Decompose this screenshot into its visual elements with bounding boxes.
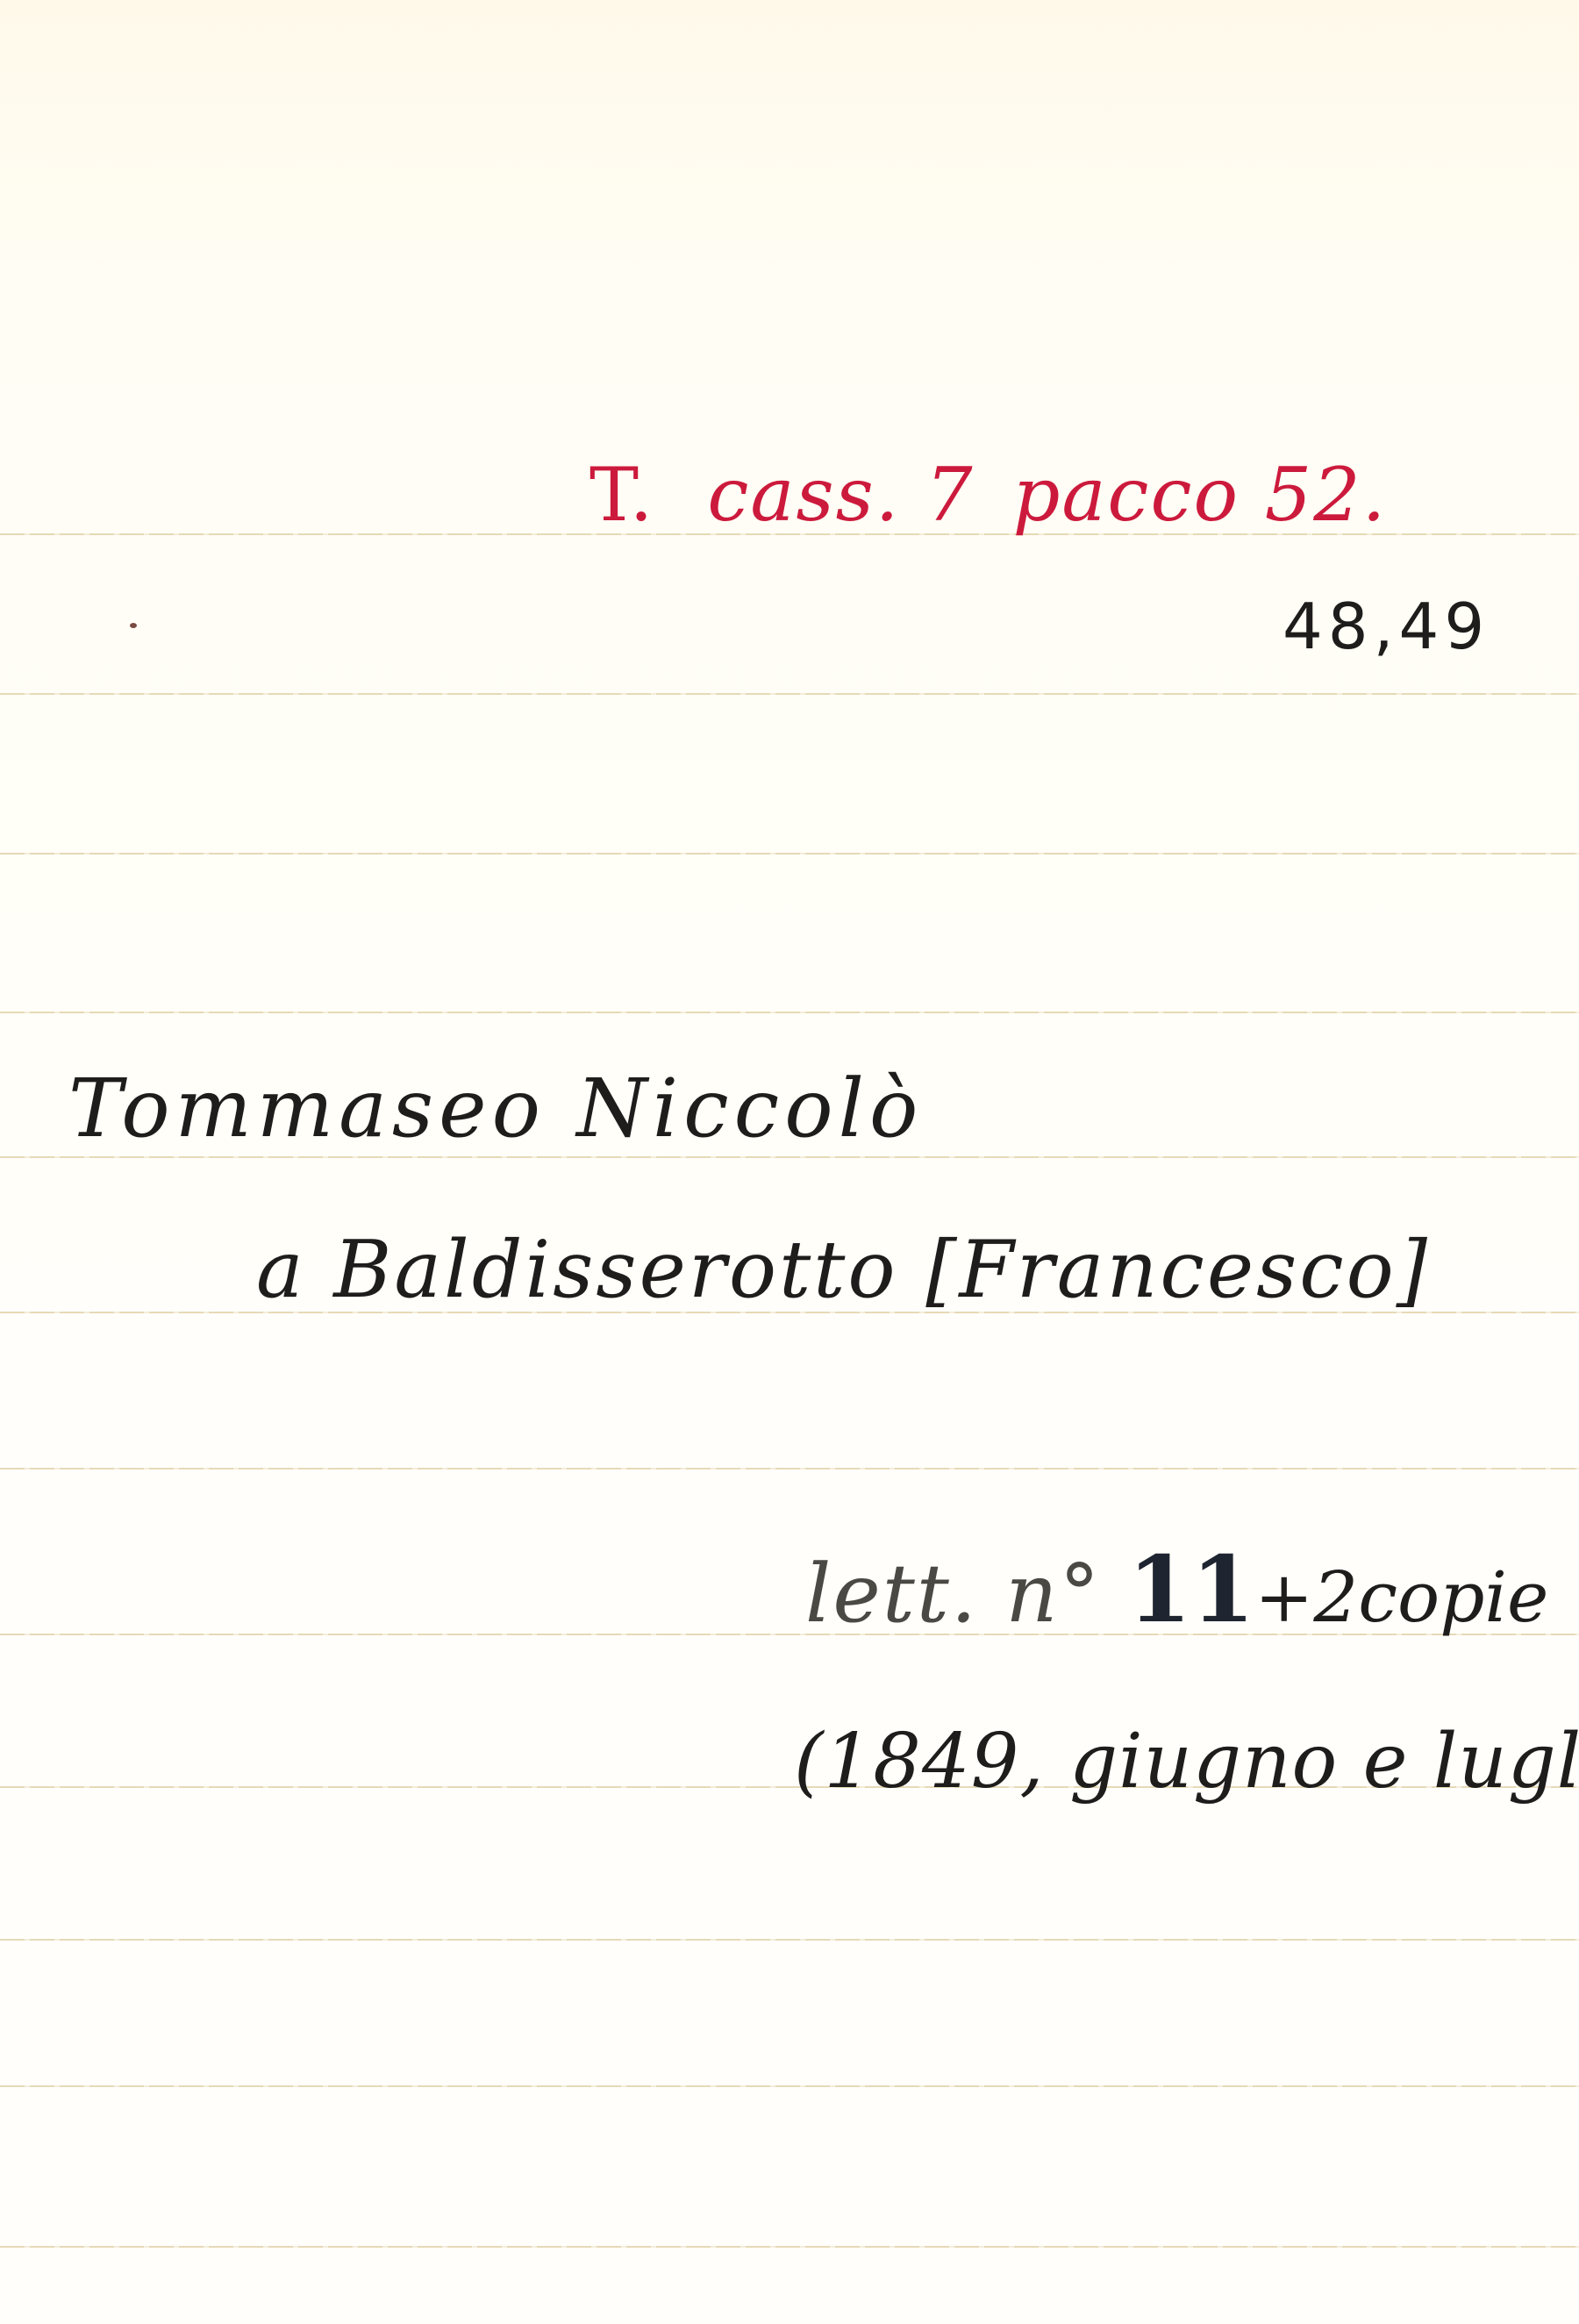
shelfmark-pacco: pacco 52.	[1013, 452, 1388, 538]
letter-count-number: 11	[1128, 1535, 1255, 1643]
ruled-line	[0, 1012, 1579, 1013]
letter-count-extra: +2copie	[1254, 1556, 1548, 1638]
shelfmark-prefix: T.	[589, 452, 654, 538]
shelfmark-location: T.cass. 7pacco 52.	[589, 452, 1387, 538]
ruled-line	[0, 1468, 1579, 1469]
folder-numbers: 48,49	[1282, 590, 1490, 663]
letter-count: lett. n°11+2copie	[805, 1535, 1548, 1643]
ruled-line	[0, 693, 1579, 695]
ruled-line	[0, 2085, 1579, 2087]
author-name: Tommaseo Niccolò	[68, 1062, 923, 1155]
catalogue-card: T.cass. 7pacco 52. 48,49 Tommaseo Niccol…	[0, 0, 1579, 2324]
shelfmark-cassetta: cass. 7	[707, 452, 974, 538]
recipient-name: a Baldisserotto [Francesco]	[256, 1224, 1430, 1316]
ruled-line	[0, 1156, 1579, 1158]
ruled-line	[0, 853, 1579, 855]
ruled-line	[0, 2246, 1579, 2248]
date-range: (1849, giugno e luglio)	[794, 1718, 1579, 1806]
ruled-line	[0, 1939, 1579, 1941]
ink-spot	[130, 623, 137, 628]
letter-count-label: lett. n°	[805, 1547, 1102, 1641]
